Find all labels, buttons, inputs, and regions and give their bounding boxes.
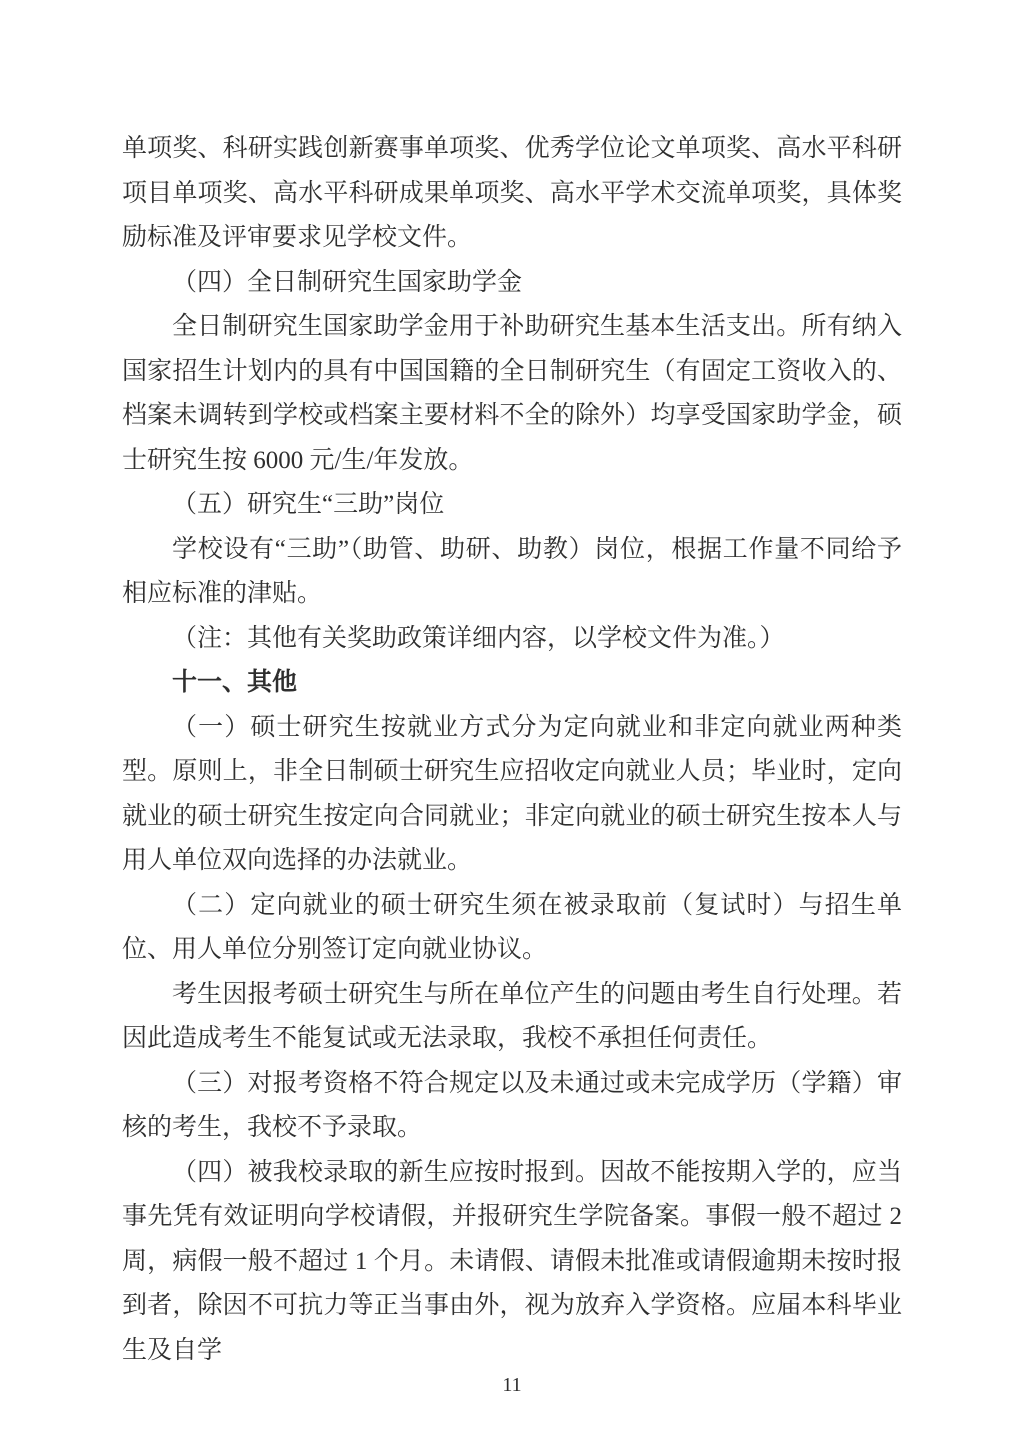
paragraph-national-grant: 全日制研究生国家助学金用于补助研究生基本生活支出。所有纳入国家招生计划内的具有中… (122, 305, 902, 483)
paragraph-note: （注：其他有关奖助政策详细内容，以学校文件为准。） (122, 617, 902, 662)
page-number: 11 (502, 1374, 521, 1396)
paragraph-section5-title: （五）研究生“三助”岗位 (122, 483, 902, 528)
section-heading-eleven-other: 十一、其他 (122, 661, 902, 706)
paragraph-item1-employment-types: （一）硕士研究生按就业方式分为定向就业和非定向就业两种类型。原则上，非全日制硕士… (122, 706, 902, 884)
document-body-text: 单项奖、科研实践创新赛事单项奖、优秀学位论文单项奖、高水平科研项目单项奖、高水平… (122, 127, 902, 1373)
page-footer: 11 (0, 1372, 1024, 1398)
paragraph-continuation-awards: 单项奖、科研实践创新赛事单项奖、优秀学位论文单项奖、高水平科研项目单项奖、高水平… (122, 127, 902, 261)
paragraph-item3-qualification: （三）对报考资格不符合规定以及未通过或未完成学历（学籍）审核的考生，我校不予录取… (122, 1062, 902, 1151)
paragraph-section4-title: （四）全日制研究生国家助学金 (122, 261, 902, 306)
paragraph-three-assist-posts: 学校设有“三助”（助管、助研、助教）岗位，根据工作量不同给予相应标准的津贴。 (122, 528, 902, 617)
paragraph-unit-dispute: 考生因报考硕士研究生与所在单位产生的问题由考生自行处理。若因此造成考生不能复试或… (122, 973, 902, 1062)
paragraph-item2-directed-agreement: （二）定向就业的硕士研究生须在被录取前（复试时）与招生单位、用人单位分别签订定向… (122, 884, 902, 973)
paragraph-item4-registration: （四）被我校录取的新生应按时报到。因故不能按期入学的，应当事先凭有效证明向学校请… (122, 1151, 902, 1374)
document-page: 单项奖、科研实践创新赛事单项奖、优秀学位论文单项奖、高水平科研项目单项奖、高水平… (0, 0, 1024, 1447)
